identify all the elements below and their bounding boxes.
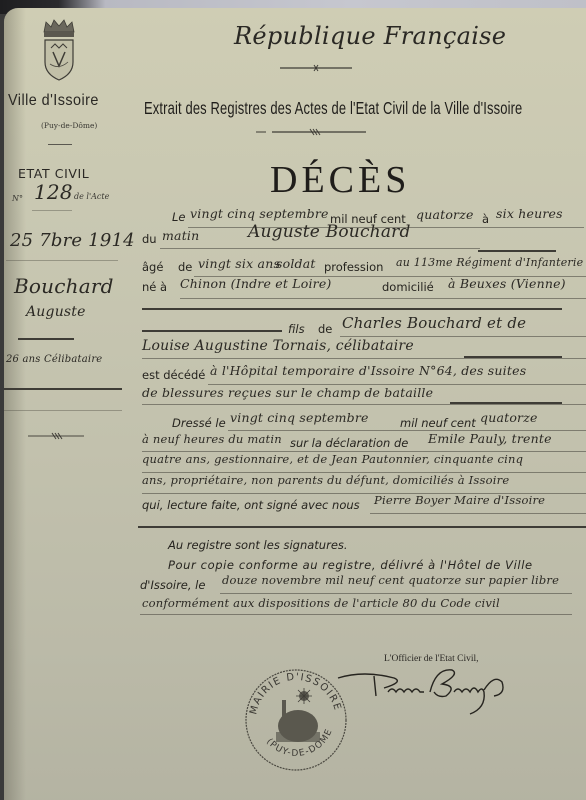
age-status-note: 26 ans Célibataire <box>6 354 102 365</box>
deceased-full-name: Auguste Bouchard <box>248 222 411 242</box>
label-son: fils <box>288 322 305 336</box>
declarant-1: Emile Pauly, trente <box>428 431 552 446</box>
form-line <box>140 614 572 615</box>
time-of-day: matin <box>162 228 199 243</box>
form-line <box>340 336 586 337</box>
label-le: Le <box>172 210 185 224</box>
seal-top-text: MAIRIE D'ISSOIRE <box>248 672 343 716</box>
heading-ornament-icon <box>280 64 352 72</box>
republic-heading: République Française <box>234 22 506 50</box>
death-day: vingt cinq septembre <box>190 206 329 221</box>
form-line <box>142 404 586 405</box>
form-line <box>220 593 572 594</box>
form-line <box>160 248 480 249</box>
copy-location: d'Issoire, le <box>140 578 205 592</box>
ornament-divider <box>48 144 72 145</box>
drawn-date: vingt cinq septembre <box>230 410 369 425</box>
sidebar-rule <box>4 388 122 390</box>
label-of: de <box>318 322 332 336</box>
act-type-heading: DÉCÈS <box>270 158 410 202</box>
label-deceased: est décédé <box>142 368 205 382</box>
section-rule <box>142 308 562 310</box>
death-time: six heures <box>496 206 563 221</box>
mayor-name: Pierre Boyer Maire d'Issoire <box>374 493 545 507</box>
label-de: de <box>178 260 192 274</box>
act-number: 128 <box>34 180 73 204</box>
coat-of-arms-icon <box>40 18 78 84</box>
death-year: quatorze <box>416 207 474 222</box>
section-label: ETAT CIVIL <box>18 166 89 181</box>
declarant-1-details: quatre ans, gestionnaire, et de Jean Pau… <box>142 452 523 466</box>
name-rule <box>18 338 74 340</box>
form-line <box>370 513 586 514</box>
declarant-2-details: ans, propriétaire, non parents du défunt… <box>142 473 509 487</box>
label-year-2: mil neuf cent <box>400 416 476 430</box>
act-number-line <box>32 210 72 211</box>
copy-statement: Pour copie conforme au registre, délivré… <box>168 558 533 572</box>
form-line <box>180 298 586 299</box>
label-signed: qui, lecture faite, ont signé avec nous <box>142 498 360 512</box>
mother-end-rule <box>464 356 562 358</box>
military-unit: au 113me Régiment d'Infanterie <box>396 256 583 269</box>
label-at: à <box>482 212 489 226</box>
deceased-surname: Bouchard <box>14 274 114 298</box>
birthplace: Chinon (Indre et Loire) <box>180 276 332 291</box>
copy-date: douze novembre mil neuf cent quatorze su… <box>222 573 559 587</box>
legal-reference: conformément aux dispositions de l'artic… <box>142 596 500 610</box>
father-name: Charles Bouchard et de <box>342 314 526 332</box>
civil-registry-document: Ville d'Issoire (Puy-de-Dôme) ETAT CIVIL… <box>4 8 586 800</box>
signatures-note: Au registre sont les signatures. <box>168 538 348 552</box>
label-du: du <box>142 232 157 246</box>
label-born: né à <box>142 280 167 294</box>
form-line <box>142 358 586 359</box>
mother-name: Louise Augustine Tornais, célibataire <box>142 338 414 354</box>
label-drawn: Dressé le <box>172 416 226 430</box>
act-number-suffix: de l'Acte <box>74 192 109 201</box>
label-declaration: sur la déclaration de <box>290 436 408 450</box>
act-date: 25 7bre 1914 <box>10 230 135 251</box>
officer-title: L'Officier de l'Etat Civil, <box>384 654 479 664</box>
declaration-end-rule <box>138 526 586 528</box>
deceased-occupation: soldat <box>276 256 316 271</box>
sidebar-faint-line <box>4 410 122 411</box>
town-name: Ville d'Issoire <box>8 92 99 110</box>
date-line <box>6 260 118 261</box>
cause-end-rule <box>450 402 562 404</box>
mayor-signature-icon <box>334 664 534 724</box>
act-number-prefix: N° <box>12 194 23 203</box>
deceased-age: vingt six ans <box>198 256 280 271</box>
place-of-death: à l'Hôpital temporaire d'Issoire N°64, d… <box>210 363 526 378</box>
cause-of-death: de blessures reçues sur le champ de bata… <box>142 385 433 400</box>
title-ornament-icon <box>256 128 366 136</box>
name-end-rule <box>478 250 556 252</box>
deceased-given-name: Auguste <box>26 304 86 320</box>
department-name: (Puy-de-Dôme) <box>41 121 97 130</box>
register-title: Extrait des Registres des Actes de l'Eta… <box>144 98 522 119</box>
ornament-divider-icon <box>28 432 84 440</box>
svg-text:MAIRIE D'ISSOIRE: MAIRIE D'ISSOIRE <box>248 672 343 716</box>
town-hall-seal-icon: MAIRIE D'ISSOIRE (PUY-DE-DOME) <box>242 666 350 774</box>
label-age: âgé <box>142 260 163 274</box>
domicile: à Beuxes (Vienne) <box>448 276 566 291</box>
drawn-year: quatorze <box>480 410 538 425</box>
parents-rule <box>142 330 282 332</box>
drawn-time: à neuf heures du matin <box>142 432 282 446</box>
label-profession: profession <box>324 260 383 274</box>
label-domicile: domicilié <box>382 280 434 294</box>
